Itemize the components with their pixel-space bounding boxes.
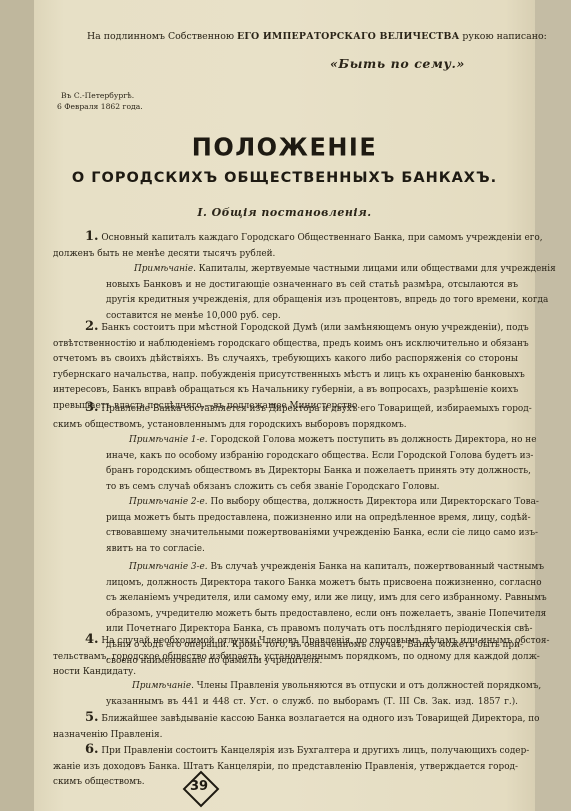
note-text: Въ случаѣ учрежденія Банка на капиталъ, … xyxy=(210,562,544,572)
note-line: Примѣчаніе. Члены Правленія увольняются … xyxy=(106,679,518,695)
article-line: долженъ быть не менѣе десяти тысячъ рубл… xyxy=(53,247,518,263)
note-line: Примѣчаніе 3-е. Въ случаѣ учрежденія Бан… xyxy=(106,560,518,576)
article-4-note: Примѣчаніе. Члены Правленія увольняются … xyxy=(106,679,518,710)
article-3-note-1: Примѣчаніе 1-е. Городской Голова можетъ … xyxy=(106,433,518,495)
article-line: 3. Правленіе Банка составляется изъ Дире… xyxy=(53,400,518,418)
article-1: 1. Основный капиталъ каждаго Городскаго … xyxy=(53,229,518,262)
note-line: ствовавшему значительными пожертвованіям… xyxy=(106,526,518,542)
article-4: 4. На случай необходимой отлучки Членовъ… xyxy=(53,632,518,681)
article-text: Банкъ состоитъ при мѣстной Городской Дум… xyxy=(101,323,528,333)
note-line: образомъ, учредителю можетъ быть предост… xyxy=(106,607,518,623)
note-line: то въ семъ случаѣ обязанъ сложить съ себ… xyxy=(106,480,518,496)
note-line: рища можетъ быть предоставлена, пожизнен… xyxy=(106,511,518,527)
article-1-note: Примѣчаніе. Капиталы, жертвуемые частным… xyxy=(106,262,518,324)
article-number: 3. xyxy=(85,400,99,415)
article-line: скимъ обществомъ, установленнымъ для гор… xyxy=(53,418,518,434)
note-line: Примѣчаніе. Капиталы, жертвуемые частным… xyxy=(106,262,518,278)
note-line: явитъ на то согласіе. xyxy=(106,542,518,558)
note-text: Члены Правленія увольняются въ отпуски и… xyxy=(197,681,541,691)
article-line: скимъ обществомъ. xyxy=(53,775,518,791)
article-text: При Правленіи состоитъ Канцелярія изъ Бу… xyxy=(101,746,529,756)
note-line: съ желаніемъ учредителя, или самому ему,… xyxy=(106,591,518,607)
note-label: Примѣчаніе. xyxy=(132,681,194,691)
note-line: лицомъ, должность Директора такого Банка… xyxy=(106,576,518,592)
imperial-note-prefix: На подлинномъ Собственною xyxy=(87,31,234,42)
note-line: Примѣчаніе 1-е. Городской Голова можетъ … xyxy=(106,433,518,449)
article-line: 4. На случай необходимой отлучки Членовъ… xyxy=(53,632,518,650)
note-line: указаннымъ въ 441 и 448 ст. Уст. о служб… xyxy=(106,695,518,711)
article-3: 3. Правленіе Банка составляется изъ Дире… xyxy=(53,400,518,433)
article-number: 6. xyxy=(85,742,99,757)
page-title: ПОЛОЖЕНІЕ xyxy=(34,132,535,161)
article-text: Правленіе Банка составляется изъ Директо… xyxy=(101,404,531,414)
article-text: Ближайшее завѣдываніе кассою Банка возла… xyxy=(101,714,539,724)
note-line: бранъ городскимъ обществомъ въ Директоры… xyxy=(106,464,518,480)
article-line: отчетомъ въ своихъ дѣйствіяхъ. Въ случая… xyxy=(53,352,518,368)
article-number: 2. xyxy=(85,319,99,334)
note-line: другія кредитныя учрежденія, для обращен… xyxy=(106,293,518,309)
article-line: губернскаго начальства, напр. побужденія… xyxy=(53,368,518,384)
document-page: На подлинномъ Собственною ЕГО ИМПЕРАТОРС… xyxy=(34,0,535,811)
imperial-note-caps: ЕГО ИМПЕРАТОРСКАГО ВЕЛИЧЕСТВА xyxy=(237,31,459,42)
note-label: Примѣчаніе 1-е. xyxy=(129,435,208,445)
imperial-note: На подлинномъ Собственною ЕГО ИМПЕРАТОРС… xyxy=(87,31,547,42)
resolution-text: «Быть по сему.» xyxy=(330,58,465,69)
page-number: 39 xyxy=(182,779,216,794)
article-number: 5. xyxy=(85,710,99,725)
article-number: 1. xyxy=(85,229,99,244)
imperial-note-suffix: рукою написано: xyxy=(462,31,546,42)
page-subtitle: О ГОРОДСКИХЪ ОБЩЕСТВЕННЫХЪ БАНКАХЪ. xyxy=(34,170,535,186)
note-label: Примѣчаніе 2-е. xyxy=(129,497,208,507)
article-text: На случай необходимой отлучки Членовъ Пр… xyxy=(101,636,549,646)
article-line: 2. Банкъ состоитъ при мѣстной Городской … xyxy=(53,319,518,337)
article-6: 6. При Правленіи состоитъ Канцелярія изъ… xyxy=(53,742,518,791)
note-line: новыхъ Банковъ и не достигающіе означенн… xyxy=(106,278,518,294)
note-line: Примѣчаніе 2-е. По выбору общества, долж… xyxy=(106,495,518,511)
article-line: 6. При Правленіи состоитъ Канцелярія изъ… xyxy=(53,742,518,760)
place-line: Въ С.-Петербургѣ. xyxy=(61,90,134,101)
article-line: интересовъ, Банкъ вправѣ обращаться къ Н… xyxy=(53,383,518,399)
article-text: Основный капиталъ каждаго Городскаго Общ… xyxy=(101,233,542,243)
article-line: 5. Ближайшее завѣдываніе кассою Банка во… xyxy=(53,710,518,728)
note-label: Примѣчаніе 3-е. xyxy=(129,562,208,572)
article-line: жаніе изъ доходовъ Банка. Штатъ Канцеляр… xyxy=(53,760,518,776)
article-line: назначенію Правленія. xyxy=(53,728,518,744)
note-line: иначе, какъ по особому избранію городска… xyxy=(106,449,518,465)
article-number: 4. xyxy=(85,632,99,647)
note-text: Городской Голова можетъ поступить въ дол… xyxy=(210,435,536,445)
note-text: Капиталы, жертвуемые частными лицами или… xyxy=(199,264,556,274)
article-5: 5. Ближайшее завѣдываніе кассою Банка во… xyxy=(53,710,518,743)
article-3-note-2: Примѣчаніе 2-е. По выбору общества, долж… xyxy=(106,495,518,557)
section-heading: I. Общія постановленія. xyxy=(34,206,535,219)
article-line: отвѣтственностію и наблюденіемъ городска… xyxy=(53,337,518,353)
page-number-stamp: 39 xyxy=(182,770,216,804)
date-line: 6 Февраля 1862 года. xyxy=(57,101,143,112)
note-label: Примѣчаніе. xyxy=(134,264,196,274)
note-text: По выбору общества, должность Директора … xyxy=(210,497,538,507)
article-line: 1. Основный капиталъ каждаго Городскаго … xyxy=(53,229,518,247)
article-line: тельствамъ, городское общество избираетъ… xyxy=(53,650,518,666)
